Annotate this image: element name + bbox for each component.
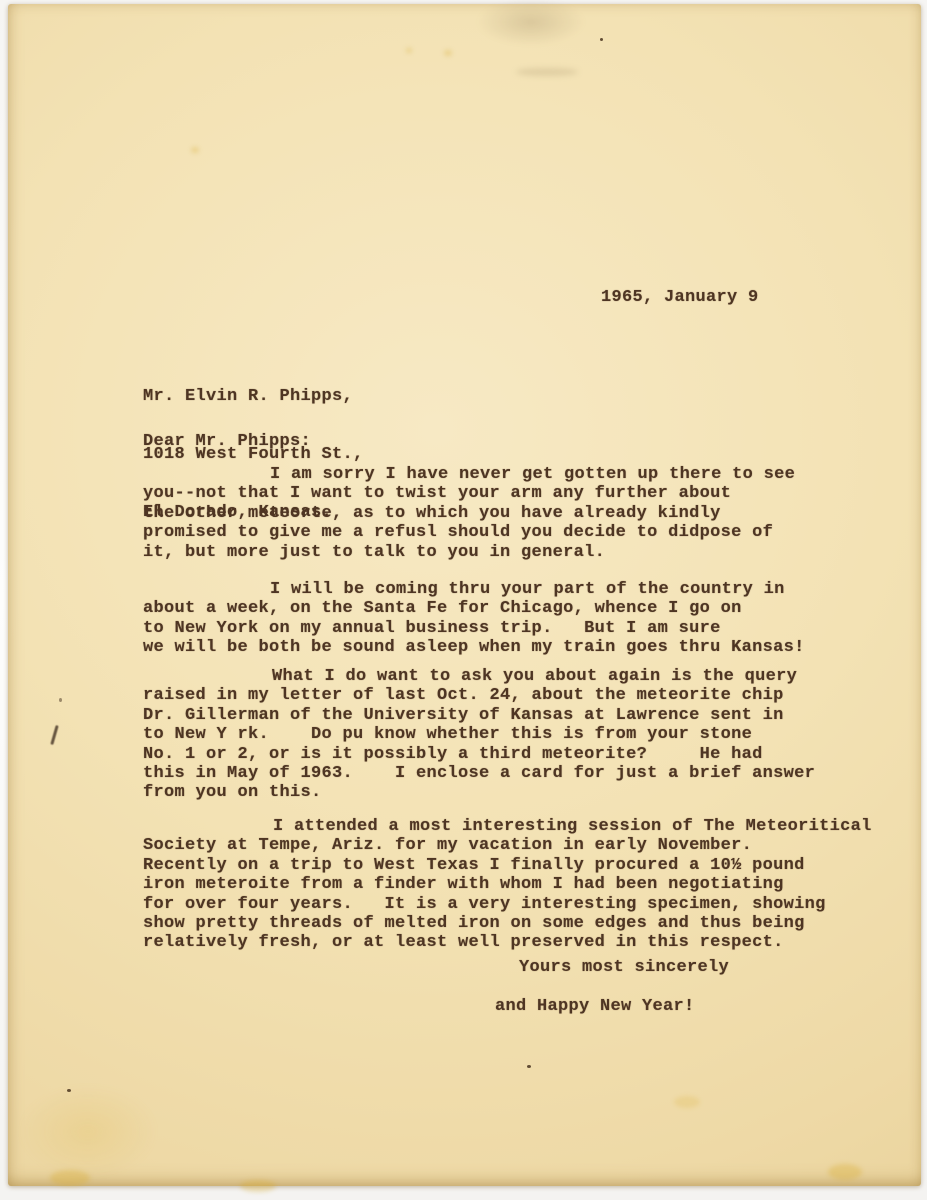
closing-line: Yours most sincerely (519, 958, 729, 977)
salutation: Dear Mr. Phipps: (143, 432, 311, 451)
pen-mark (50, 725, 58, 745)
paper-stain (191, 147, 199, 153)
ink-speck (600, 38, 603, 41)
letter-date: 1965, January 9 (601, 288, 759, 307)
recipient-name: Mr. Elvin R. Phipps, (143, 387, 364, 406)
paper-stain (444, 50, 452, 56)
scan-background: 1965, January 9 Mr. Elvin R. Phipps, 101… (0, 0, 927, 1200)
paper-stain (828, 1164, 862, 1180)
smudge-stain (476, 0, 586, 46)
ink-speck (67, 1089, 71, 1092)
paragraph-1: I am sorry I have never get gotten up th… (143, 465, 903, 562)
paragraph-2: I will be coming thru your part of the c… (143, 580, 903, 658)
letter-page: 1965, January 9 Mr. Elvin R. Phipps, 101… (8, 4, 921, 1186)
paragraph-4: I attended a most interesting session of… (143, 817, 903, 953)
postscript-line: and Happy New Year! (495, 997, 695, 1016)
paragraph-3: What I do want to ask you about again is… (143, 667, 903, 803)
paper-stain (240, 1180, 276, 1192)
ink-speck (527, 1065, 531, 1068)
paper-stain (674, 1096, 700, 1108)
pen-mark (59, 698, 62, 702)
smudge-stain (516, 68, 578, 76)
paper-stain (18, 1084, 158, 1179)
paper-stain (50, 1170, 90, 1186)
paper-stain (406, 48, 412, 53)
